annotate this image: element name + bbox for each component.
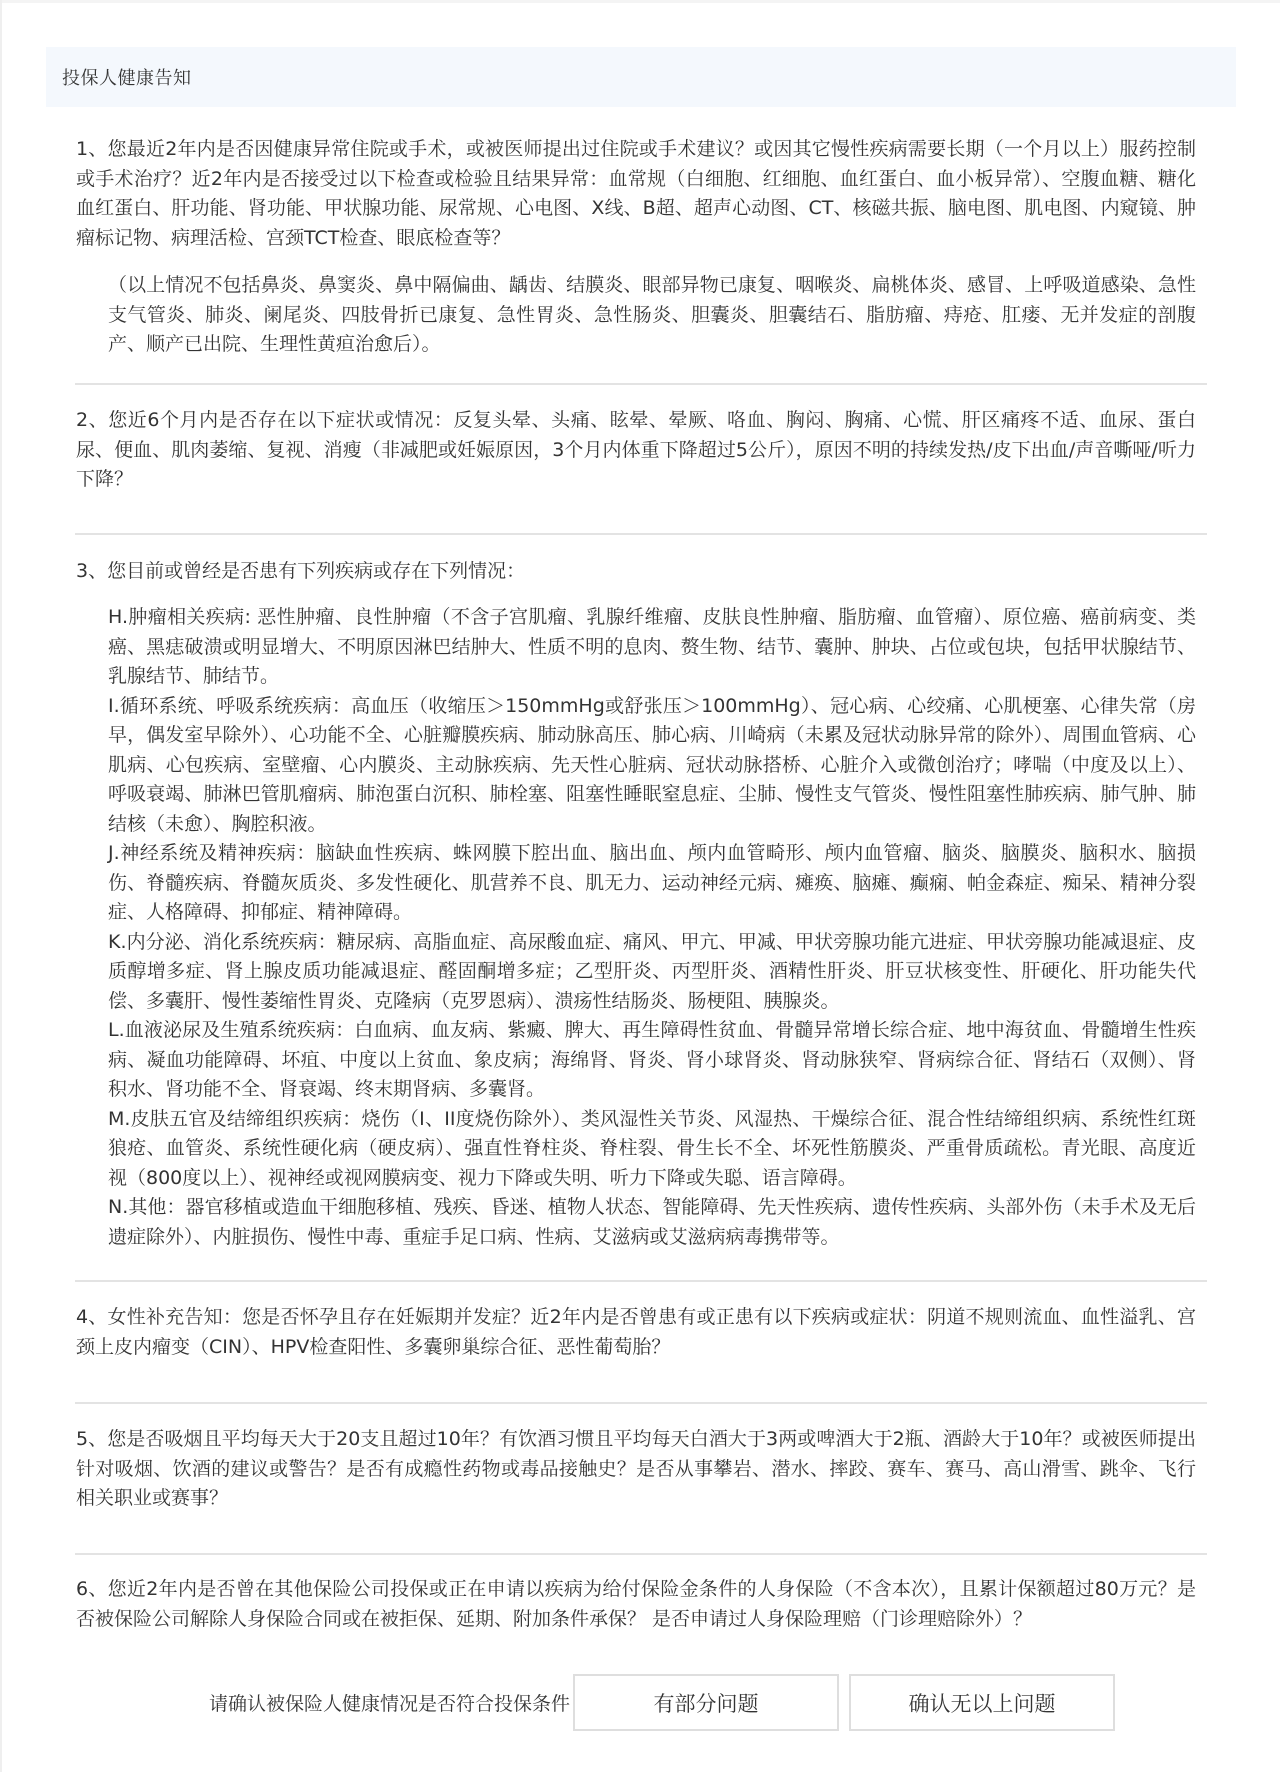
condition-category-l-blood-urinary-reproductive: L.血液泌尿及生殖系统疾病：白血病、血友病、紫癜、脾大、再生障碍性贫血、骨髓异常… — [108, 1016, 1196, 1105]
partial-issue-button[interactable]: 有部分问题 — [573, 1674, 839, 1731]
top-edge — [0, 0, 1280, 3]
condition-category-h-tumor: H.肿瘤相关疾病: 恶性肿瘤、良性肿瘤（不含子宫肌瘤、乳腺纤维瘤、皮肤良性肿瘤、… — [108, 603, 1196, 692]
section-header: 投保人健康告知 — [46, 47, 1236, 107]
condition-category-n-other: N.其他：器官移植或造血干细胞移植、残疾、昏迷、植物人状态、智能障碍、先天性疾病… — [108, 1193, 1196, 1252]
divider — [75, 383, 1207, 385]
question-1-exclusion-note: （以上情况不包括鼻炎、鼻窦炎、鼻中隔偏曲、龋齿、结膜炎、眼部异物已康复、咽喉炎、… — [108, 271, 1196, 360]
left-edge — [0, 0, 2, 1772]
divider — [75, 1553, 1207, 1555]
condition-category-i-circulatory-respiratory: I.循环系统、呼吸系统疾病：高血压（收缩压＞150mmHg或舒张压＞100mmH… — [108, 692, 1196, 840]
question-1: 1、您最近2年内是否因健康异常住院或手术，或被医师提出过住院或手术建议？或因其它… — [76, 135, 1196, 253]
question-3-condition-list: H.肿瘤相关疾病: 恶性肿瘤、良性肿瘤（不含子宫肌瘤、乳腺纤维瘤、皮肤良性肿瘤、… — [108, 603, 1196, 1252]
condition-category-k-endocrine-digestive: K.内分泌、消化系统疾病：糖尿病、高脂血症、高尿酸血症、痛风、甲亢、甲减、甲状旁… — [108, 928, 1196, 1017]
condition-category-m-skin-senses-connective: M.皮肤五官及结缔组织疾病：烧伤（I、II度烧伤除外）、类风湿性关节炎、风湿热、… — [108, 1105, 1196, 1194]
condition-category-j-neurological-mental: J.神经系统及精神疾病：脑缺血性疾病、蛛网膜下腔出血、脑出血、颅内血管畸形、颅内… — [108, 839, 1196, 928]
divider — [75, 1280, 1207, 1282]
page-title: 投保人健康告知 — [62, 64, 192, 90]
divider — [75, 533, 1207, 535]
question-6: 6、您近2年内是否曾在其他保险公司投保或正在申请以疾病为给付保险金条件的人身保险… — [76, 1575, 1196, 1634]
question-2: 2、您近6个月内是否存在以下症状或情况：反复头晕、头痛、眩晕、晕厥、咯血、胸闷、… — [76, 406, 1196, 495]
question-3: 3、您目前或曾经是否患有下列疾病或存在下列情况： — [76, 557, 1196, 587]
question-4: 4、女性补充告知：您是否怀孕且存在妊娠期并发症？近2年内是否曾患有或正患有以下疾… — [76, 1303, 1196, 1362]
question-5: 5、您是否吸烟且平均每天大于20支且超过10年？有饮酒习惯且平均每天白酒大于3两… — [76, 1425, 1196, 1514]
confirm-no-issues-button[interactable]: 确认无以上问题 — [849, 1674, 1115, 1731]
divider — [75, 1402, 1207, 1404]
confirmation-prompt: 请确认被保险人健康情况是否符合投保条件 — [150, 1686, 570, 1722]
